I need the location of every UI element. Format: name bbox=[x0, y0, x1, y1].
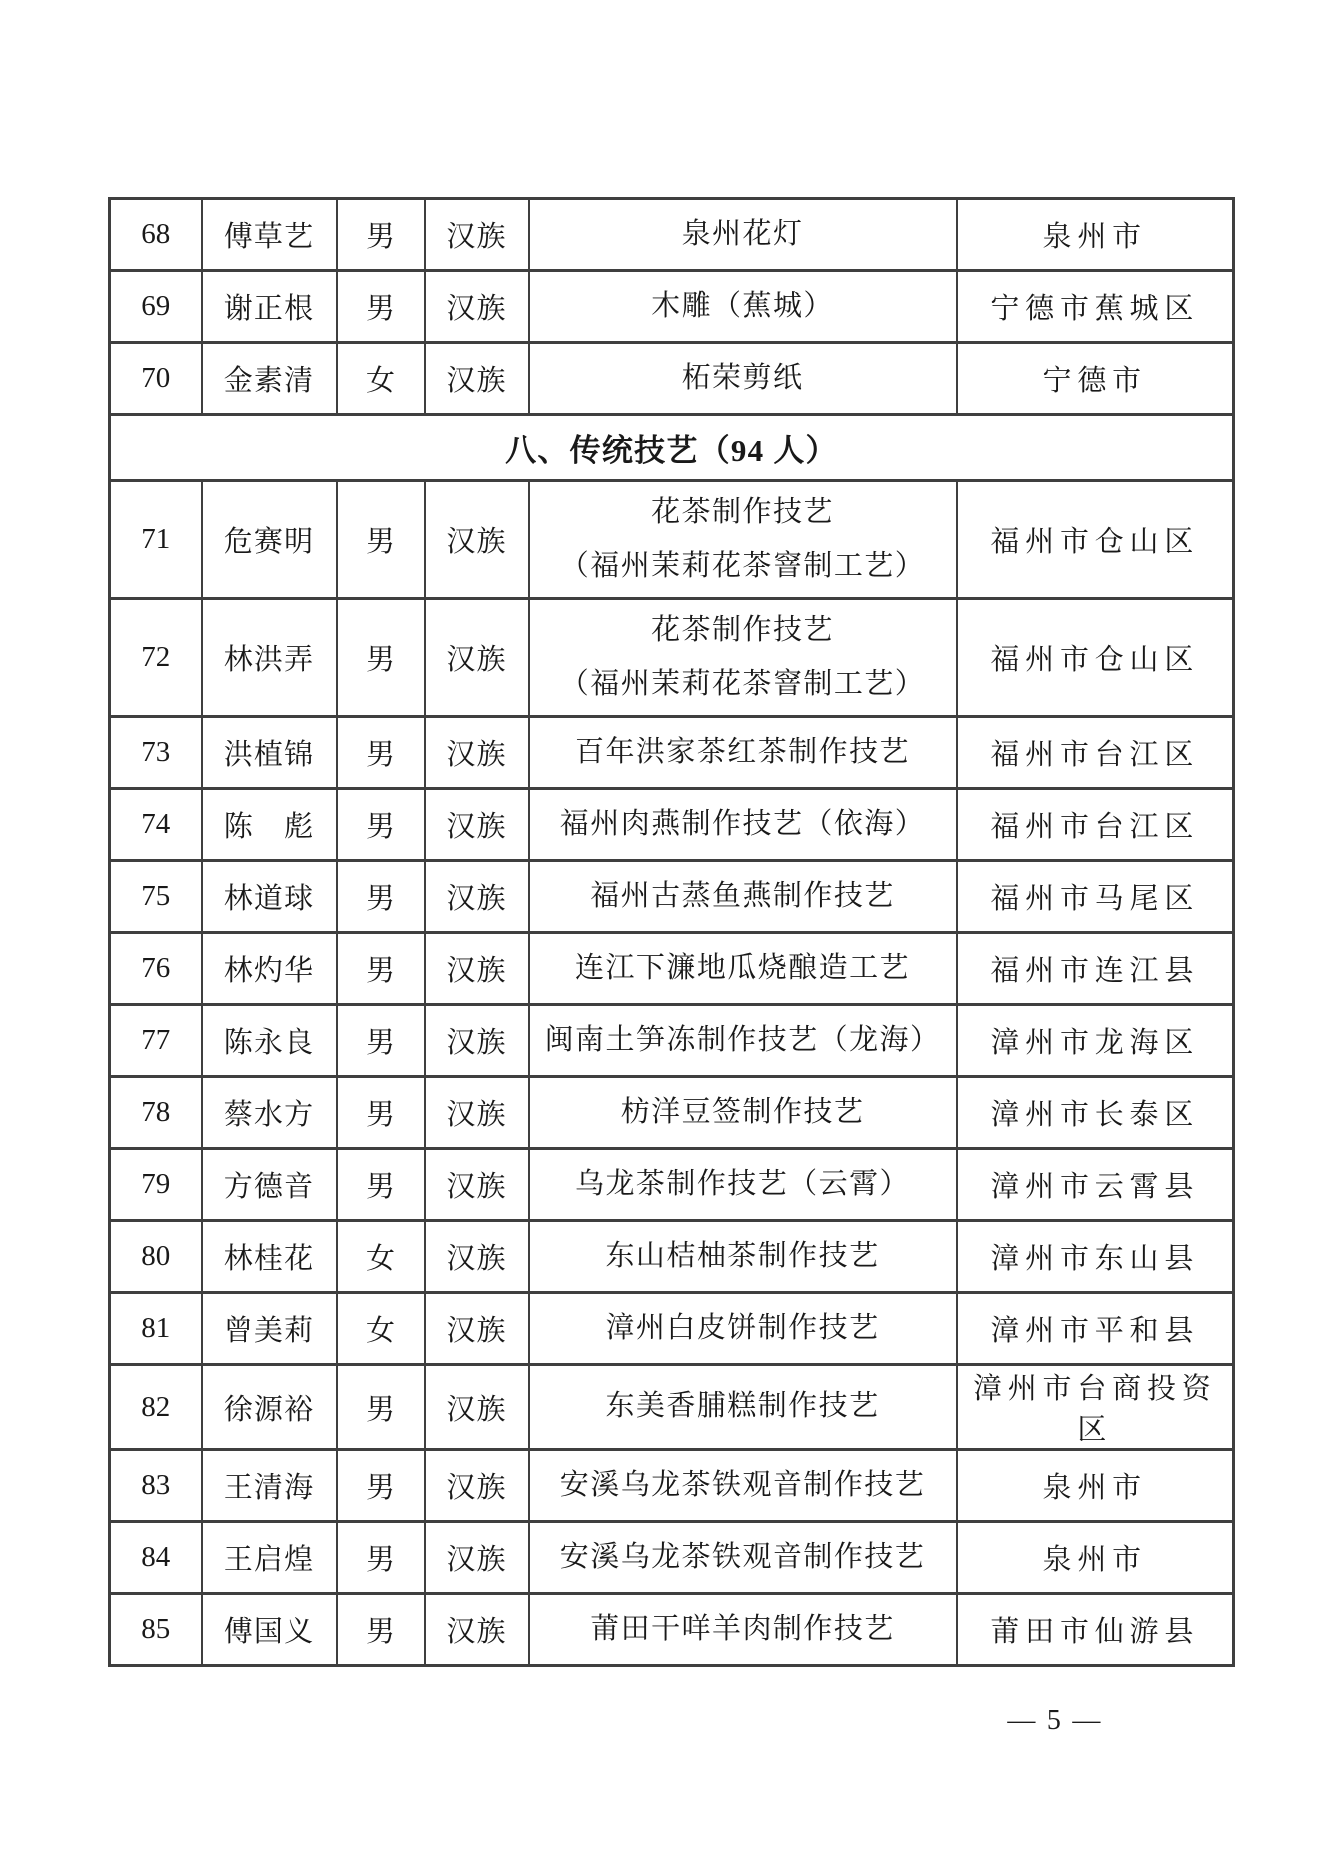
table-row: 75 林道球 男 汉族 福州古蒸鱼燕制作技艺 福州市马尾区 bbox=[110, 861, 1234, 933]
cell-name: 王清海 bbox=[202, 1450, 337, 1522]
cell-region: 宁德市蕉城区 bbox=[957, 271, 1234, 343]
project-line-1: 福州古蒸鱼燕制作技艺 bbox=[534, 877, 952, 916]
table-row: 77 陈永良 男 汉族 闽南土笋冻制作技艺（龙海） 漳州市龙海区 bbox=[110, 1005, 1234, 1077]
cell-name: 曾美莉 bbox=[202, 1293, 337, 1365]
cell-name: 陈 彪 bbox=[202, 789, 337, 861]
cell-region: 漳州市平和县 bbox=[957, 1293, 1234, 1365]
table-row: 79 方德音 男 汉族 乌龙茶制作技艺（云霄） 漳州市云霄县 bbox=[110, 1149, 1234, 1221]
cell-gender: 男 bbox=[337, 271, 425, 343]
project-line-1: 乌龙茶制作技艺（云霄） bbox=[534, 1165, 952, 1204]
cell-project: 东山桔柚茶制作技艺 bbox=[529, 1221, 957, 1293]
cell-serial-number: 78 bbox=[110, 1077, 202, 1149]
table-row: 68 傅草艺 男 汉族 泉州花灯 泉州市 bbox=[110, 199, 1234, 271]
table-row: 76 林灼华 男 汉族 连江下濂地瓜烧酿造工艺 福州市连江县 bbox=[110, 933, 1234, 1005]
cell-gender: 男 bbox=[337, 1077, 425, 1149]
cell-project: 莆田干咩羊肉制作技艺 bbox=[529, 1594, 957, 1666]
cell-serial-number: 74 bbox=[110, 789, 202, 861]
cell-project: 连江下濂地瓜烧酿造工艺 bbox=[529, 933, 957, 1005]
section-header-label: 八、传统技艺（94 人） bbox=[110, 415, 1234, 481]
cell-name: 金素清 bbox=[202, 343, 337, 415]
cell-serial-number: 81 bbox=[110, 1293, 202, 1365]
cell-name: 林洪弄 bbox=[202, 599, 337, 717]
cell-gender: 男 bbox=[337, 789, 425, 861]
table-row: 82 徐源裕 男 汉族 东美香脯糕制作技艺 漳州市台商投资区 bbox=[110, 1365, 1234, 1450]
cell-name: 蔡水方 bbox=[202, 1077, 337, 1149]
cell-ethnicity: 汉族 bbox=[425, 1077, 529, 1149]
cell-serial-number: 84 bbox=[110, 1522, 202, 1594]
cell-serial-number: 73 bbox=[110, 717, 202, 789]
cell-project: 福州肉燕制作技艺（依海） bbox=[529, 789, 957, 861]
cell-ethnicity: 汉族 bbox=[425, 933, 529, 1005]
cell-gender: 男 bbox=[337, 599, 425, 717]
cell-project: 福州古蒸鱼燕制作技艺 bbox=[529, 861, 957, 933]
cell-project: 漳州白皮饼制作技艺 bbox=[529, 1293, 957, 1365]
cell-gender: 男 bbox=[337, 1365, 425, 1450]
cell-region: 福州市仓山区 bbox=[957, 599, 1234, 717]
table-row: 81 曾美莉 女 汉族 漳州白皮饼制作技艺 漳州市平和县 bbox=[110, 1293, 1234, 1365]
cell-ethnicity: 汉族 bbox=[425, 1594, 529, 1666]
cell-region: 漳州市龙海区 bbox=[957, 1005, 1234, 1077]
table-row: 83 王清海 男 汉族 安溪乌龙茶铁观音制作技艺 泉州市 bbox=[110, 1450, 1234, 1522]
project-line-1: 闽南土笋冻制作技艺（龙海） bbox=[534, 1021, 952, 1060]
cell-serial-number: 82 bbox=[110, 1365, 202, 1450]
cell-gender: 男 bbox=[337, 1149, 425, 1221]
project-line-1: 木雕（蕉城） bbox=[534, 287, 952, 326]
cell-gender: 男 bbox=[337, 1005, 425, 1077]
cell-serial-number: 77 bbox=[110, 1005, 202, 1077]
project-line-1: 莆田干咩羊肉制作技艺 bbox=[534, 1610, 952, 1649]
cell-region: 泉州市 bbox=[957, 1522, 1234, 1594]
cell-serial-number: 83 bbox=[110, 1450, 202, 1522]
section-header-row: 八、传统技艺（94 人） bbox=[110, 415, 1234, 481]
cell-gender: 男 bbox=[337, 1450, 425, 1522]
cell-region: 莆田市仙游县 bbox=[957, 1594, 1234, 1666]
cell-name: 傅草艺 bbox=[202, 199, 337, 271]
cell-serial-number: 71 bbox=[110, 481, 202, 599]
cell-project: 百年洪家茶红茶制作技艺 bbox=[529, 717, 957, 789]
cell-project: 闽南土笋冻制作技艺（龙海） bbox=[529, 1005, 957, 1077]
cell-ethnicity: 汉族 bbox=[425, 717, 529, 789]
cell-gender: 女 bbox=[337, 1221, 425, 1293]
project-line-1: 枋洋豆签制作技艺 bbox=[534, 1093, 952, 1132]
cell-region: 漳州市台商投资区 bbox=[957, 1365, 1234, 1450]
cell-gender: 女 bbox=[337, 343, 425, 415]
table-row: 70 金素清 女 汉族 柘荣剪纸 宁德市 bbox=[110, 343, 1234, 415]
project-line-1: 福州肉燕制作技艺（依海） bbox=[534, 805, 952, 844]
cell-ethnicity: 汉族 bbox=[425, 271, 529, 343]
cell-name: 傅国义 bbox=[202, 1594, 337, 1666]
cell-name: 方德音 bbox=[202, 1149, 337, 1221]
cell-region: 福州市台江区 bbox=[957, 717, 1234, 789]
cell-name: 徐源裕 bbox=[202, 1365, 337, 1450]
cell-region: 福州市连江县 bbox=[957, 933, 1234, 1005]
cell-ethnicity: 汉族 bbox=[425, 789, 529, 861]
cell-gender: 男 bbox=[337, 481, 425, 599]
project-line-1: 连江下濂地瓜烧酿造工艺 bbox=[534, 949, 952, 988]
cell-project: 东美香脯糕制作技艺 bbox=[529, 1365, 957, 1450]
cell-region: 漳州市云霄县 bbox=[957, 1149, 1234, 1221]
cell-project: 木雕（蕉城） bbox=[529, 271, 957, 343]
cell-ethnicity: 汉族 bbox=[425, 1293, 529, 1365]
project-line-1: 东美香脯糕制作技艺 bbox=[534, 1387, 952, 1426]
roster-table-body: 68 傅草艺 男 汉族 泉州花灯 泉州市 69 谢正根 男 汉族 木雕（蕉城） … bbox=[110, 199, 1234, 1666]
cell-serial-number: 85 bbox=[110, 1594, 202, 1666]
cell-ethnicity: 汉族 bbox=[425, 343, 529, 415]
cell-ethnicity: 汉族 bbox=[425, 1221, 529, 1293]
cell-gender: 男 bbox=[337, 199, 425, 271]
cell-serial-number: 70 bbox=[110, 343, 202, 415]
project-line-1: 百年洪家茶红茶制作技艺 bbox=[534, 733, 952, 772]
document-page: 68 傅草艺 男 汉族 泉州花灯 泉州市 69 谢正根 男 汉族 木雕（蕉城） … bbox=[0, 0, 1323, 1871]
cell-region: 泉州市 bbox=[957, 199, 1234, 271]
cell-ethnicity: 汉族 bbox=[425, 1522, 529, 1594]
cell-ethnicity: 汉族 bbox=[425, 1005, 529, 1077]
cell-name: 陈永良 bbox=[202, 1005, 337, 1077]
cell-ethnicity: 汉族 bbox=[425, 1450, 529, 1522]
cell-region: 宁德市 bbox=[957, 343, 1234, 415]
cell-project: 花茶制作技艺 （福州茉莉花茶窨制工艺） bbox=[529, 599, 957, 717]
cell-name: 危赛明 bbox=[202, 481, 337, 599]
table-row: 80 林桂花 女 汉族 东山桔柚茶制作技艺 漳州市东山县 bbox=[110, 1221, 1234, 1293]
cell-gender: 男 bbox=[337, 1522, 425, 1594]
cell-serial-number: 79 bbox=[110, 1149, 202, 1221]
cell-serial-number: 72 bbox=[110, 599, 202, 717]
cell-name: 林灼华 bbox=[202, 933, 337, 1005]
cell-name: 林道球 bbox=[202, 861, 337, 933]
project-line-2: （福州茉莉花茶窨制工艺） bbox=[534, 540, 952, 594]
cell-name: 谢正根 bbox=[202, 271, 337, 343]
cell-project: 花茶制作技艺 （福州茉莉花茶窨制工艺） bbox=[529, 481, 957, 599]
project-line-1: 安溪乌龙茶铁观音制作技艺 bbox=[534, 1466, 952, 1505]
table-row: 71 危赛明 男 汉族 花茶制作技艺 （福州茉莉花茶窨制工艺） 福州市仓山区 bbox=[110, 481, 1234, 599]
cell-project: 枋洋豆签制作技艺 bbox=[529, 1077, 957, 1149]
roster-table: 68 傅草艺 男 汉族 泉州花灯 泉州市 69 谢正根 男 汉族 木雕（蕉城） … bbox=[108, 197, 1235, 1667]
cell-project: 乌龙茶制作技艺（云霄） bbox=[529, 1149, 957, 1221]
cell-serial-number: 68 bbox=[110, 199, 202, 271]
table-row: 73 洪植锦 男 汉族 百年洪家茶红茶制作技艺 福州市台江区 bbox=[110, 717, 1234, 789]
cell-ethnicity: 汉族 bbox=[425, 199, 529, 271]
table-row: 69 谢正根 男 汉族 木雕（蕉城） 宁德市蕉城区 bbox=[110, 271, 1234, 343]
project-line-1: 花茶制作技艺 bbox=[534, 604, 952, 658]
project-line-1: 花茶制作技艺 bbox=[534, 486, 952, 540]
project-line-1: 泉州花灯 bbox=[534, 215, 952, 254]
table-row: 74 陈 彪 男 汉族 福州肉燕制作技艺（依海） 福州市台江区 bbox=[110, 789, 1234, 861]
table-row: 72 林洪弄 男 汉族 花茶制作技艺 （福州茉莉花茶窨制工艺） 福州市仓山区 bbox=[110, 599, 1234, 717]
cell-serial-number: 75 bbox=[110, 861, 202, 933]
cell-region: 漳州市长泰区 bbox=[957, 1077, 1234, 1149]
table-row: 84 王启煌 男 汉族 安溪乌龙茶铁观音制作技艺 泉州市 bbox=[110, 1522, 1234, 1594]
cell-ethnicity: 汉族 bbox=[425, 599, 529, 717]
cell-region: 福州市仓山区 bbox=[957, 481, 1234, 599]
cell-gender: 女 bbox=[337, 1293, 425, 1365]
cell-project: 柘荣剪纸 bbox=[529, 343, 957, 415]
cell-name: 王启煌 bbox=[202, 1522, 337, 1594]
table-row: 85 傅国义 男 汉族 莆田干咩羊肉制作技艺 莆田市仙游县 bbox=[110, 1594, 1234, 1666]
cell-region: 福州市马尾区 bbox=[957, 861, 1234, 933]
cell-serial-number: 80 bbox=[110, 1221, 202, 1293]
cell-gender: 男 bbox=[337, 1594, 425, 1666]
cell-ethnicity: 汉族 bbox=[425, 481, 529, 599]
cell-project: 安溪乌龙茶铁观音制作技艺 bbox=[529, 1522, 957, 1594]
project-line-2: （福州茉莉花茶窨制工艺） bbox=[534, 658, 952, 712]
cell-serial-number: 69 bbox=[110, 271, 202, 343]
project-line-1: 安溪乌龙茶铁观音制作技艺 bbox=[534, 1538, 952, 1577]
cell-gender: 男 bbox=[337, 933, 425, 1005]
cell-region: 福州市台江区 bbox=[957, 789, 1234, 861]
project-line-1: 东山桔柚茶制作技艺 bbox=[534, 1237, 952, 1276]
cell-ethnicity: 汉族 bbox=[425, 861, 529, 933]
cell-gender: 男 bbox=[337, 861, 425, 933]
cell-name: 洪植锦 bbox=[202, 717, 337, 789]
cell-ethnicity: 汉族 bbox=[425, 1365, 529, 1450]
cell-name: 林桂花 bbox=[202, 1221, 337, 1293]
cell-region: 漳州市东山县 bbox=[957, 1221, 1234, 1293]
cell-serial-number: 76 bbox=[110, 933, 202, 1005]
cell-project: 泉州花灯 bbox=[529, 199, 957, 271]
cell-gender: 男 bbox=[337, 717, 425, 789]
page-number: — 5 — bbox=[955, 1705, 1155, 1737]
table-row: 78 蔡水方 男 汉族 枋洋豆签制作技艺 漳州市长泰区 bbox=[110, 1077, 1234, 1149]
cell-project: 安溪乌龙茶铁观音制作技艺 bbox=[529, 1450, 957, 1522]
project-line-1: 漳州白皮饼制作技艺 bbox=[534, 1309, 952, 1348]
project-line-1: 柘荣剪纸 bbox=[534, 359, 952, 398]
cell-region: 泉州市 bbox=[957, 1450, 1234, 1522]
cell-ethnicity: 汉族 bbox=[425, 1149, 529, 1221]
